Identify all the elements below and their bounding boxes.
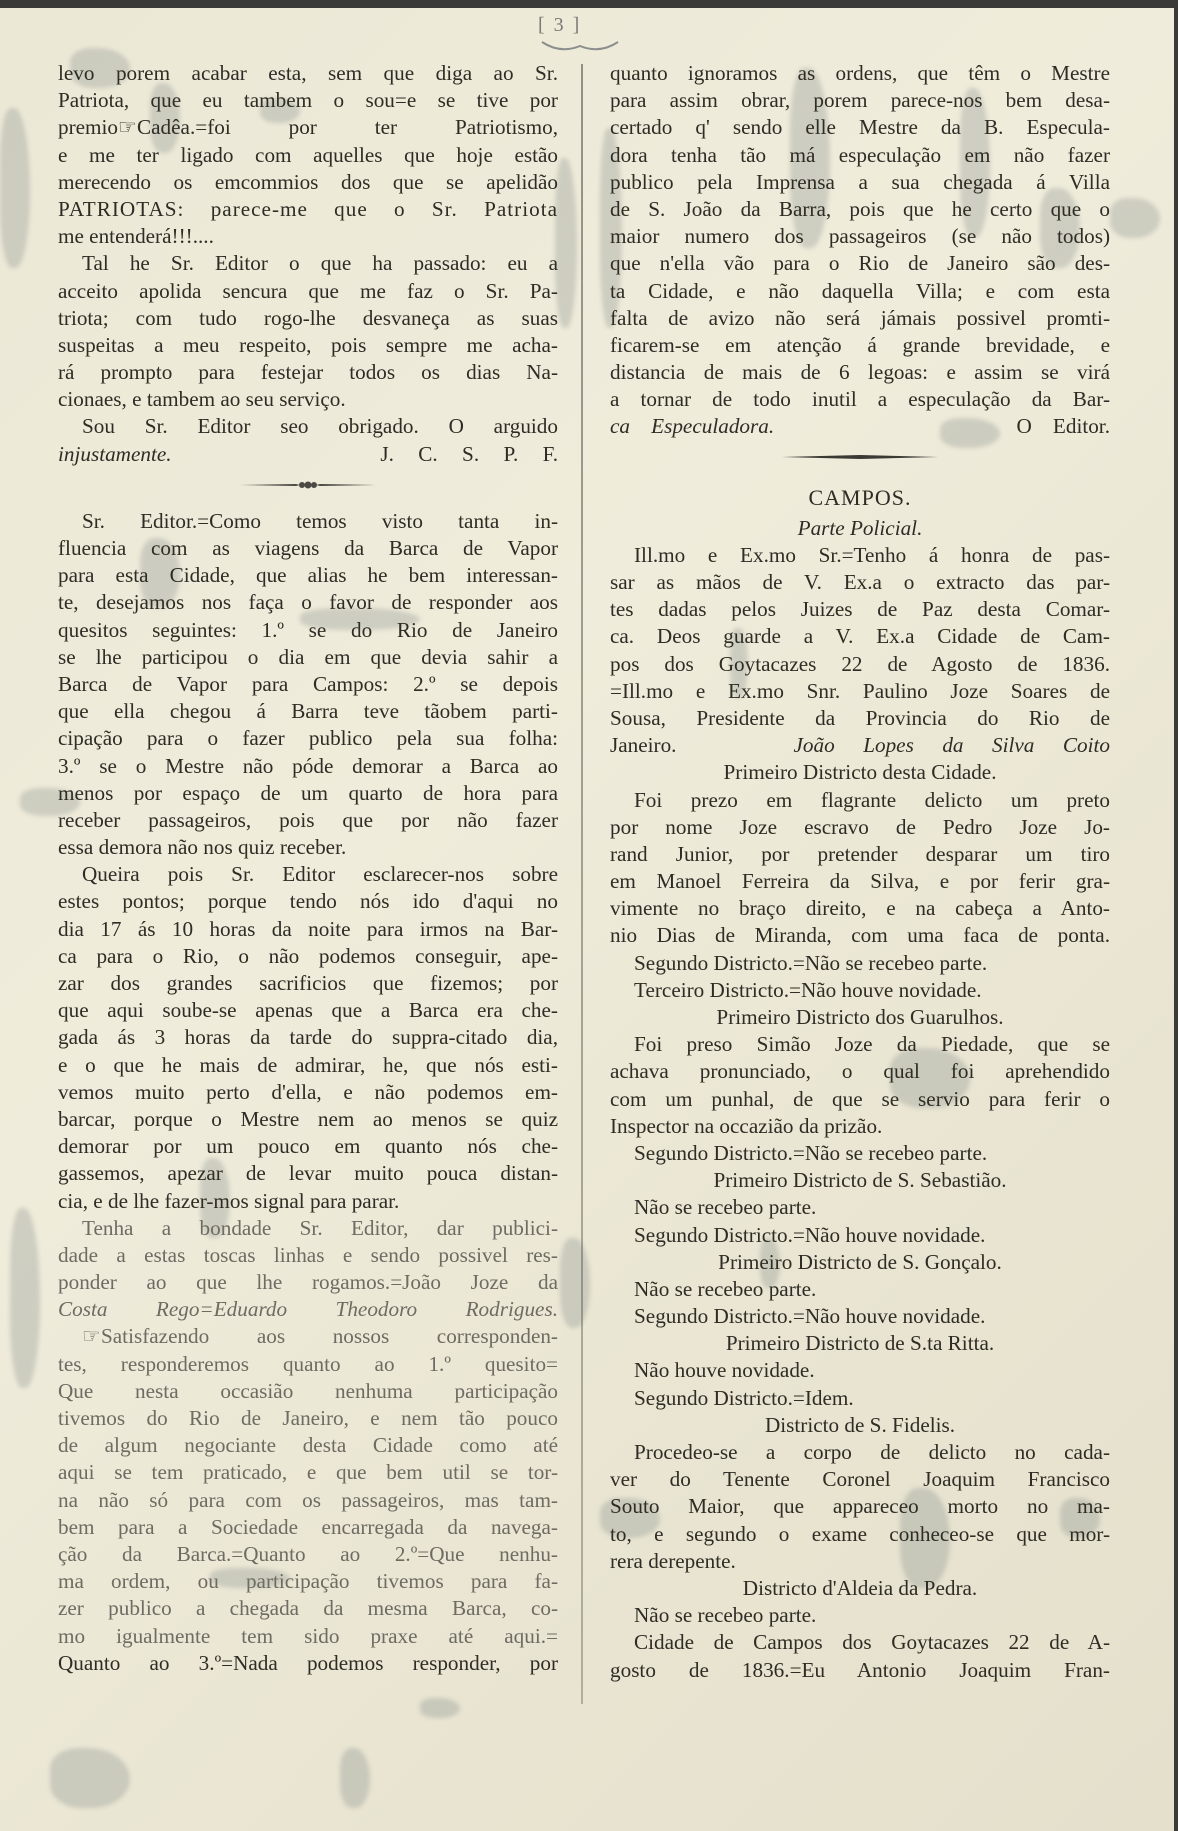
stain [10, 1208, 40, 1388]
district-heading: Primeiro Districto desta Cidade. [610, 759, 1110, 786]
district-segundo-terceiro-cidade: Segundo Districto.=Não se recebeo parte.… [610, 950, 1110, 1004]
text-line: zer publico a chegada da mesma Barca, co… [58, 1595, 558, 1622]
district-aldeia-da-pedra: Districto d'Aldeia da Pedra. Não se rece… [610, 1575, 1110, 1684]
text-line: falta de avizo não será jámais possivel … [610, 305, 1110, 332]
rule-line-icon [780, 453, 940, 461]
district-primeiro-cidade: Primeiro Districto desta Cidade. Foi pre… [610, 759, 1110, 949]
text-line: se lhe participou o dia em que devia sah… [58, 644, 558, 671]
stain [555, 158, 577, 328]
district-heading: Primeiro Districto de S. Gonçalo. [610, 1249, 1110, 1276]
text-line: to, e segundo o exame conheceo-se que mo… [610, 1521, 1110, 1548]
text-line: pos dos Goytacazes 22 de Agosto de 1836. [610, 651, 1110, 678]
section-title-campos: CAMPOS. [610, 481, 1110, 515]
letter-continued: levo porem acabar esta, sem que diga ao … [58, 60, 558, 468]
text-line: suspeitas a meu respeito, pois sempre me… [58, 332, 558, 359]
text-line: a tornar de todo inutil a especulação da… [610, 386, 1110, 413]
text-line: sar as mãos de V. Ex.a o extracto das pa… [610, 569, 1110, 596]
closing-text: Janeiro. [610, 733, 676, 757]
text-line: em Manoel Ferreira da Silva, e por ferir… [610, 868, 1110, 895]
text-line: Não houve novidade. [610, 1357, 1110, 1384]
right-column: quanto ignoramos as ordens, que têm o Me… [610, 60, 1110, 1684]
text-line: e me ter ligado com aquelles que hoje es… [58, 142, 558, 169]
text-line: dora tenha tão má especulação em não faz… [610, 142, 1110, 169]
text-line: distancia de mais de 6 legoas: e assim s… [610, 359, 1110, 386]
signature: João Lopes da Silva Coito [794, 733, 1111, 757]
text-line: barcar, porque o Mestre nem ao menos se … [58, 1106, 558, 1133]
text-line: ver do Tenente Coronel Joaquim Francisco [610, 1466, 1110, 1493]
section-subtitle: Parte Policial. [610, 515, 1110, 542]
text-line: Não se recebeo parte. [610, 1194, 1110, 1221]
text-line: de S. João da Barra, pois que he certo q… [610, 196, 1110, 223]
text-line: Inspector na occazião da prizão. [610, 1113, 1110, 1140]
text-line: quanto ignoramos as ordens, que têm o Me… [610, 60, 1110, 87]
district-sao-goncalo: Primeiro Districto de S. Gonçalo. Não se… [610, 1249, 1110, 1331]
text-line: Foi preso Simão Joze da Piedade, que se [610, 1031, 1110, 1058]
text-line: ma ordem, ou participação tivemos para f… [58, 1568, 558, 1595]
text-line: que ella chegou á Barra teve tãobem part… [58, 698, 558, 725]
closing-text: injustamente. [58, 442, 172, 466]
text-line: premio☞Cadêa.=foi por ter Patriotismo, [58, 114, 558, 141]
text-line: por nome Joze escravo de Pedro Joze Jo- [610, 814, 1110, 841]
text-line: ☞Satisfazendo aos nossos corresponden- [58, 1323, 558, 1350]
text-line: Que nesta occasião nenhuma participação [58, 1378, 558, 1405]
text-line: acceito apolida sencura que me faz o Sr.… [58, 278, 558, 305]
text-line: Terceiro Districto.=Não houve novidade. [610, 977, 1110, 1004]
district-heading: Primeiro Districto de S.ta Ritta. [610, 1330, 1110, 1357]
text-line: Segundo Districto.=Não houve novidade. [610, 1222, 1110, 1249]
text-line: rand Junior, por pretender desparar um t… [610, 841, 1110, 868]
text-line: Sr. Editor.=Como temos visto tanta in- [58, 508, 558, 535]
text-line: vemos muito perto d'ella, e não podemos … [58, 1079, 558, 1106]
scan-right-border [1174, 0, 1178, 1831]
text-line: triota; com tudo rogo-lhe desvaneça as s… [58, 305, 558, 332]
closing-line: Janeiro. João Lopes da Silva Coito [610, 732, 1110, 759]
signature-line: Costa Rego=Eduardo Theodoro Rodrigues. [58, 1296, 558, 1323]
text-line: e o que he mais de admirar, he, que nós … [58, 1052, 558, 1079]
letter-barca-de-vapor: Sr. Editor.=Como temos visto tanta in- f… [58, 508, 558, 1324]
text-line: tivemos do Rio de Janeiro, e nem tão pou… [58, 1405, 558, 1432]
text-line: Queira pois Sr. Editor esclarecer-nos so… [58, 861, 558, 888]
text-line: levo porem acabar esta, sem que diga ao … [58, 60, 558, 87]
text-line: Sousa, Presidente da Provincia do Rio de [610, 705, 1110, 732]
text-line: nio Dias de Miranda, com uma faca de pon… [610, 922, 1110, 949]
text-line: dia 17 ás 10 horas da noite para irmos n… [58, 916, 558, 943]
closing-line: ca Especuladora. O Editor. [610, 413, 1110, 440]
text-line: Ill.mo e Ex.mo Sr.=Tenho á honra de pas- [610, 542, 1110, 569]
closing-line: injustamente. J. C. S. P. F. [58, 441, 558, 468]
text-line: Tal he Sr. Editor o que ha passado: eu a [58, 250, 558, 277]
district-santa-ritta: Primeiro Districto de S.ta Ritta. Não ho… [610, 1330, 1110, 1412]
text-line: merecendo os emcommios dos que se apelid… [58, 169, 558, 196]
text-line: fluencia com as viagens da Barca de Vapo… [58, 535, 558, 562]
column-rule [581, 64, 583, 1704]
signature: J. C. S. P. F. [380, 442, 558, 466]
text-line: quesitos seguintes: 1.º se do Rio de Jan… [58, 617, 558, 644]
newspaper-page: [ 3 ] levo porem acabar esta, sem que di… [0, 8, 1174, 1831]
text-line: estes pontos; porque tendo nós ido d'aqu… [58, 888, 558, 915]
text-line: achava pronunciado, o qual foi aprehendi… [610, 1058, 1110, 1085]
text-line: rera derepente. [610, 1548, 1110, 1575]
stain [50, 1748, 130, 1808]
text-line: cionaes, e tambem ao seu serviço. [58, 386, 558, 413]
page-number: [ 3 ] [538, 14, 581, 37]
text-line: Barca de Vapor para Campos: 2.º se depoi… [58, 671, 558, 698]
text-line: publico pela Imprensa a sua chegada á Vi… [610, 169, 1110, 196]
text-line: de algum negociante desta Cidade como at… [58, 1432, 558, 1459]
text-line: gada ás 3 horas da tarde do suppra-citad… [58, 1024, 558, 1051]
text-line: PATRIOTAS: parece-me que o Sr. Patriota [58, 196, 558, 223]
text-line: essa demora não nos quiz receber. [58, 834, 558, 861]
text-line: ta Cidade, e não daquella Villa; e com e… [610, 278, 1110, 305]
district-sao-sebastiao: Primeiro Districto de S. Sebastião. Não … [610, 1167, 1110, 1249]
text-line: me entenderá!!!.... [58, 223, 558, 250]
text-line: maior numero dos passageiros (se não tod… [610, 223, 1110, 250]
text-line: gosto de 1836.=Eu Antonio Joaquim Fran- [610, 1657, 1110, 1684]
page-number-ornament [540, 38, 620, 54]
district-heading: Districto de S. Fidelis. [610, 1412, 1110, 1439]
editor-reply: ☞Satisfazendo aos nossos corresponden- t… [58, 1323, 558, 1676]
text-line: receber passageiros, pois que por não fa… [58, 807, 558, 834]
text-line: Não se recebeo parte. [610, 1276, 1110, 1303]
text-line: Procedeo-se a corpo de delicto no cada- [610, 1439, 1110, 1466]
text-line: 3.º se o Mestre não póde demorar a Barca… [58, 753, 558, 780]
text-line: ponder ao que lhe rogamos.=João Joze da [58, 1269, 558, 1296]
text-line: cipação para o fazer publico pela sua fo… [58, 725, 558, 752]
text-line: tes dadas pelos Juizes de Paz desta Coma… [610, 596, 1110, 623]
ornament-rule-icon [238, 480, 378, 490]
text-line: para assim obrar, porem parece-nos bem d… [610, 87, 1110, 114]
text-line: vimente no braço direito, e na cabeça a … [610, 895, 1110, 922]
stain [560, 1238, 590, 1328]
text-line: Sou Sr. Editor seo obrigado. O arguido [58, 413, 558, 440]
police-report-intro: Ill.mo e Ex.mo Sr.=Tenho á honra de pas-… [610, 542, 1110, 760]
district-guarulhos: Primeiro Districto dos Guarulhos. Foi pr… [610, 1004, 1110, 1167]
editor-reply-continued: quanto ignoramos as ordens, que têm o Me… [610, 60, 1110, 441]
text-line: ficarem-se em atenção á grande brevidade… [610, 332, 1110, 359]
text-line: Não se recebeo parte. [610, 1602, 1110, 1629]
signature: O Editor. [1016, 414, 1110, 438]
district-heading: Primeiro Districto dos Guarulhos. [610, 1004, 1110, 1031]
text-line: com um punhal, de que se servio para fer… [610, 1086, 1110, 1113]
text-line: para esta Cidade, que alias he bem inter… [58, 562, 558, 589]
text-line: que aqui soube-se apenas que a Barca era… [58, 997, 558, 1024]
text-line: na não só para com os passageiros, mas t… [58, 1487, 558, 1514]
text-line: cia, e de lhe fazer-mos signal para para… [58, 1188, 558, 1215]
text-line: Segundo Districto.=Não se recebeo parte. [610, 950, 1110, 977]
stain [420, 1698, 460, 1718]
text-line: ca para o Rio, o não podemos conseguir, … [58, 943, 558, 970]
text-line: ca. Deos guarde a V. Ex.a Cidade de Cam- [610, 623, 1110, 650]
section-divider [610, 441, 1110, 481]
district-heading: Districto d'Aldeia da Pedra. [610, 1575, 1110, 1602]
text-line: bem para a Sociedade encarregada da nave… [58, 1514, 558, 1541]
text-line: menos por espaço de um quarto de hora pa… [58, 780, 558, 807]
text-line: Segundo Districto.=Idem. [610, 1385, 1110, 1412]
text-line: tes, responderemos quanto ao 1.º quesito… [58, 1351, 558, 1378]
text-line: demorar por um pouco em quanto nós che- [58, 1133, 558, 1160]
district-sao-fidelis: Districto de S. Fidelis. Procedeo-se a c… [610, 1412, 1110, 1575]
section-divider [58, 468, 558, 508]
text-line: Tenha a bondade Sr. Editor, dar publici- [58, 1215, 558, 1242]
stain [1110, 198, 1160, 238]
district-heading: Primeiro Districto de S. Sebastião. [610, 1167, 1110, 1194]
text-line: gassemos, apezar de levar muito pouca di… [58, 1160, 558, 1187]
text-line: mo igualmente tem sido praxe até aqui.= [58, 1623, 558, 1650]
text-line: Souto Maior, que appareceo morto no ma- [610, 1493, 1110, 1520]
text-line: Patriota, que eu tambem o sou=e se tive … [58, 87, 558, 114]
text-line: aqui se tem praticado, e que bem util se… [58, 1459, 558, 1486]
stain [0, 108, 30, 268]
text-line: certado q' sendo elle Mestre da B. Espec… [610, 114, 1110, 141]
text-line: que n'ella vão para o Rio de Janeiro são… [610, 250, 1110, 277]
scan-top-border [0, 0, 1178, 8]
stain [340, 1748, 370, 1808]
text-line: Segundo Districto.=Não se recebeo parte. [610, 1140, 1110, 1167]
text-line: Cidade de Campos dos Goytacazes 22 de A- [610, 1629, 1110, 1656]
text-line: =Ill.mo e Ex.mo Snr. Paulino Joze Soares… [610, 678, 1110, 705]
text-line: dade a estas toscas linhas e sendo possi… [58, 1242, 558, 1269]
text-line: Foi prezo em flagrante delicto um preto [610, 787, 1110, 814]
text-line: ção da Barca.=Quanto ao 2.º=Que nenhu- [58, 1541, 558, 1568]
left-column: levo porem acabar esta, sem que diga ao … [58, 60, 558, 1677]
text-line: zar dos grandes sacrificios que fizemos;… [58, 970, 558, 997]
text-line: Segundo Districto.=Não houve novidade. [610, 1303, 1110, 1330]
text-line: Quanto ao 3.º=Nada podemos responder, po… [58, 1650, 558, 1677]
text-line: te, desejamos nos faça o favor de respon… [58, 589, 558, 616]
closing-text: ca Especuladora. [610, 414, 774, 438]
text-line: rá prompto para festejar todos os dias N… [58, 359, 558, 386]
